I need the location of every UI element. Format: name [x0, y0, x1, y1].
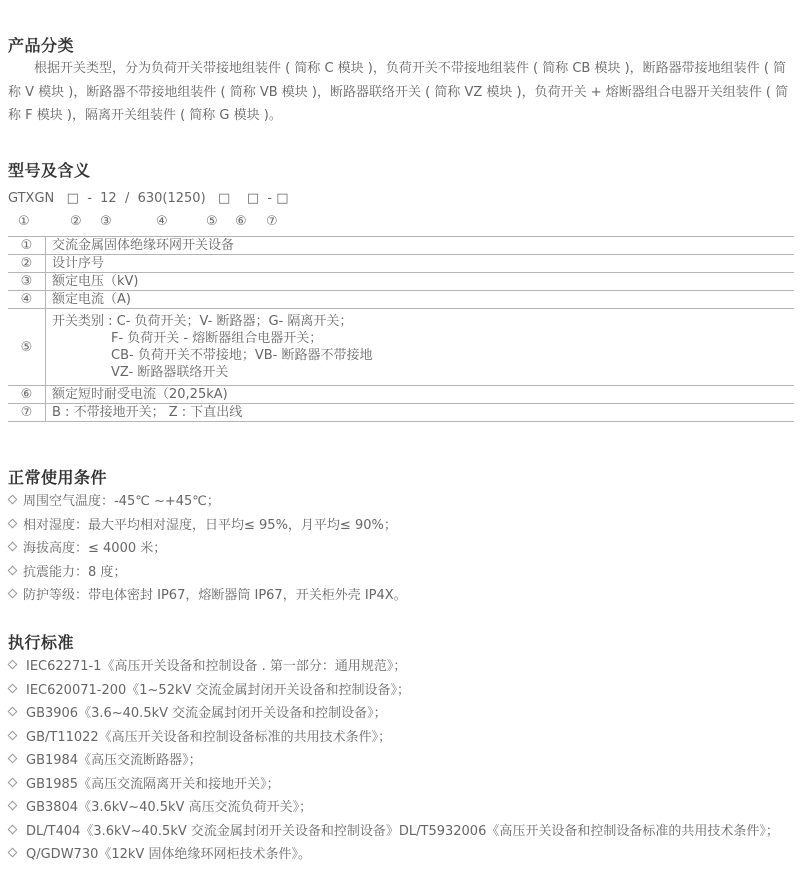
row-num: ⑤	[8, 309, 46, 386]
marker-4: ④	[156, 214, 168, 229]
marker-7: ⑦	[266, 214, 278, 229]
diamond-bullet-icon	[8, 495, 18, 505]
diamond-bullet-icon	[8, 683, 18, 693]
row-num: ②	[8, 255, 46, 273]
list-item: IEC62271-1《高压开关设备和控制设备 . 第一部分：通用规范》；	[8, 655, 779, 679]
diamond-bullet-icon	[8, 730, 18, 740]
diamond-bullet-icon	[8, 777, 18, 787]
list-item: Q/GDW730《12kV 固体绝缘环网柜技术条件》。	[8, 843, 779, 867]
switch-type-line: CB- 负荷开关不带接地；VB- 断路器不带接地	[52, 347, 788, 364]
marker-2: ②	[70, 214, 82, 229]
row-num: ③	[8, 273, 46, 291]
table-row: ⑥ 额定短时耐受电流（20,25kA)	[8, 386, 794, 404]
marker-3: ③	[100, 214, 112, 229]
diamond-bullet-icon	[8, 542, 18, 552]
row-num: ⑥	[8, 386, 46, 404]
switch-type-line: F- 负荷开关 - 熔断器组合电器开关；	[52, 330, 788, 347]
diamond-bullet-icon	[8, 707, 18, 717]
section-title-conditions: 正常使用条件	[8, 465, 107, 488]
diamond-bullet-icon	[8, 801, 18, 811]
section-title-standards: 执行标准	[8, 630, 74, 653]
row-num: ④	[8, 291, 46, 309]
row-desc: 额定电压（kV)	[46, 273, 795, 291]
list-item: GB1984《高压交流断路器》；	[8, 749, 779, 773]
section-title-classification: 产品分类	[8, 33, 74, 56]
list-item: 海拔高度：≤ 4000 米；	[8, 537, 407, 561]
row-desc: 额定短时耐受电流（20,25kA)	[46, 386, 795, 404]
list-item: 防护等级：带电体密封 IP67，熔断器筒 IP67，开关柜外壳 IP4X。	[8, 584, 407, 608]
table-row: ④ 额定电流（A)	[8, 291, 794, 309]
switch-type-line: VZ- 断路器联络开关	[52, 364, 788, 381]
list-item: DL/T404《3.6kV~40.5kV 交流金属封闭开关设备和控制设备》DL/…	[8, 820, 779, 844]
table-row: ③ 额定电压（kV)	[8, 273, 794, 291]
row-num: ①	[8, 237, 46, 255]
list-item: GB3804《3.6kV~40.5kV 高压交流负荷开关》；	[8, 796, 779, 820]
row-desc: 交流金属固体绝缘环网开关设备	[46, 237, 795, 255]
list-item: 周围空气温度：-45℃ ~+45℃；	[8, 490, 407, 514]
list-item: GB3906《3.6~40.5kV 交流金属封闭开关设备和控制设备》；	[8, 702, 779, 726]
list-item: GB1985《高压交流隔离开关和接地开关》；	[8, 773, 779, 797]
list-item: 相对湿度：最大平均相对湿度，日平均≤ 95%，月平均≤ 90%；	[8, 514, 407, 538]
table-row: ⑦ B : 不带接地开关； Z : 下直出线	[8, 404, 794, 422]
list-item: GB/T11022《高压开关设备和控制设备标准的共用技术条件》；	[8, 726, 779, 750]
marker-5: ⑤	[206, 214, 218, 229]
diamond-bullet-icon	[8, 518, 18, 528]
marker-1: ①	[18, 214, 30, 229]
diamond-bullet-icon	[8, 660, 18, 670]
model-meaning-table: ① 交流金属固体绝缘环网开关设备 ② 设计序号 ③ 额定电压（kV) ④ 额定电…	[8, 236, 794, 422]
diamond-bullet-icon	[8, 754, 18, 764]
model-code-line: GTXGN □ - 12 / 630(1250) □ □ - □	[8, 191, 289, 206]
row-desc: B : 不带接地开关； Z : 下直出线	[46, 404, 795, 422]
table-row: ⑤ 开关类别 : C- 负荷开关；V- 断路器；G- 隔离开关； F- 负荷开关…	[8, 309, 794, 386]
row-desc: 设计序号	[46, 255, 795, 273]
marker-6: ⑥	[235, 214, 247, 229]
conditions-list: 周围空气温度：-45℃ ~+45℃； 相对湿度：最大平均相对湿度，日平均≤ 95…	[8, 490, 407, 608]
row-desc: 额定电流（A)	[46, 291, 795, 309]
diamond-bullet-icon	[8, 824, 18, 834]
diamond-bullet-icon	[8, 565, 18, 575]
row-num: ⑦	[8, 404, 46, 422]
list-item: IEC620071-200《1~52kV 交流金属封闭开关设备和控制设备》；	[8, 679, 779, 703]
list-item: 抗震能力：8 度；	[8, 561, 407, 585]
standards-list: IEC62271-1《高压开关设备和控制设备 . 第一部分：通用规范》； IEC…	[8, 655, 779, 867]
table-row: ② 设计序号	[8, 255, 794, 273]
section-title-model: 型号及含义	[8, 158, 91, 181]
diamond-bullet-icon	[8, 589, 18, 599]
classification-paragraph: 根据开关类型，分为负荷开关带接地组装件 ( 简称 C 模块 )，负荷开关不带接地…	[8, 57, 794, 128]
table-row: ① 交流金属固体绝缘环网开关设备	[8, 237, 794, 255]
switch-type-line: 开关类别 : C- 负荷开关；V- 断路器；G- 隔离开关；	[52, 313, 788, 330]
diamond-bullet-icon	[8, 848, 18, 858]
row-desc: 开关类别 : C- 负荷开关；V- 断路器；G- 隔离开关； F- 负荷开关 -…	[46, 309, 795, 386]
